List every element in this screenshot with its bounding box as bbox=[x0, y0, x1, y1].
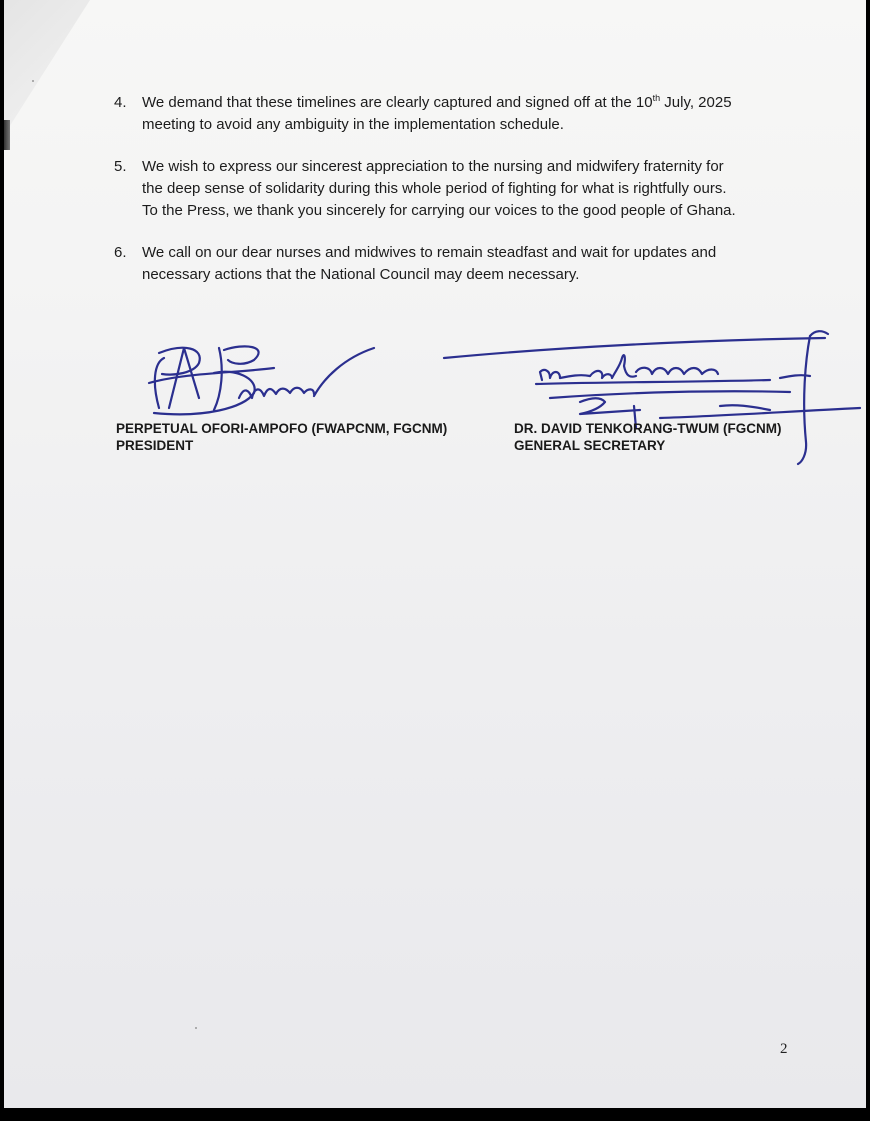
item-text: We demand that these timelines are clear… bbox=[142, 92, 732, 136]
line-text: necessary actions that the National Coun… bbox=[142, 266, 579, 283]
signatory-title: PRESIDENT bbox=[116, 437, 447, 454]
list-item: 6. We call on our dear nurses and midwiv… bbox=[114, 242, 804, 286]
line-text: the deep sense of solidarity during this… bbox=[142, 180, 727, 197]
line-text: We wish to express our sincerest appreci… bbox=[142, 158, 724, 175]
document-page: 4. We demand that these timelines are cl… bbox=[4, 0, 866, 1108]
document-body: 4. We demand that these timelines are cl… bbox=[114, 92, 804, 306]
item-number: 4. bbox=[114, 92, 142, 136]
page-edge-shadow bbox=[4, 120, 10, 150]
line-text: We call on our dear nurses and midwives … bbox=[142, 244, 716, 261]
item-number: 6. bbox=[114, 242, 142, 286]
signatory-title: GENERAL SECRETARY bbox=[514, 437, 781, 454]
line-text: We demand that these timelines are clear… bbox=[142, 94, 653, 111]
item-line: We call on our dear nurses and midwives … bbox=[142, 242, 716, 264]
general-secretary-signature-block: DR. DAVID TENKORANG-TWUM (FGCNM) GENERAL… bbox=[514, 420, 781, 454]
item-text: We call on our dear nurses and midwives … bbox=[142, 242, 716, 286]
signatory-name: DR. DAVID TENKORANG-TWUM (FGCNM) bbox=[514, 420, 781, 437]
folded-corner bbox=[4, 0, 90, 130]
president-signature-icon bbox=[144, 338, 394, 423]
item-line: the deep sense of solidarity during this… bbox=[142, 178, 736, 200]
paper-speck bbox=[32, 80, 34, 82]
signatory-name: PERPETUAL OFORI-AMPOFO (FWAPCNM, FGCNM) bbox=[116, 420, 447, 437]
line-text: July, 2025 bbox=[660, 94, 731, 111]
photo-frame: 4. We demand that these timelines are cl… bbox=[0, 0, 870, 1121]
item-line: To the Press, we thank you sincerely for… bbox=[142, 200, 736, 222]
line-text: meeting to avoid any ambiguity in the im… bbox=[142, 116, 564, 133]
item-text: We wish to express our sincerest appreci… bbox=[142, 156, 736, 222]
item-line: We demand that these timelines are clear… bbox=[142, 92, 732, 114]
page-number: 2 bbox=[780, 1041, 788, 1058]
item-line: We wish to express our sincerest appreci… bbox=[142, 156, 736, 178]
list-item: 5. We wish to express our sincerest appr… bbox=[114, 156, 804, 222]
item-line: meeting to avoid any ambiguity in the im… bbox=[142, 114, 732, 136]
list-item: 4. We demand that these timelines are cl… bbox=[114, 92, 804, 136]
president-signature-block: PERPETUAL OFORI-AMPOFO (FWAPCNM, FGCNM) … bbox=[116, 420, 447, 454]
item-number: 5. bbox=[114, 156, 142, 222]
line-text: To the Press, we thank you sincerely for… bbox=[142, 202, 736, 219]
paper-speck bbox=[195, 1027, 197, 1029]
item-line: necessary actions that the National Coun… bbox=[142, 264, 716, 286]
ordinal-superscript: th bbox=[653, 93, 661, 103]
